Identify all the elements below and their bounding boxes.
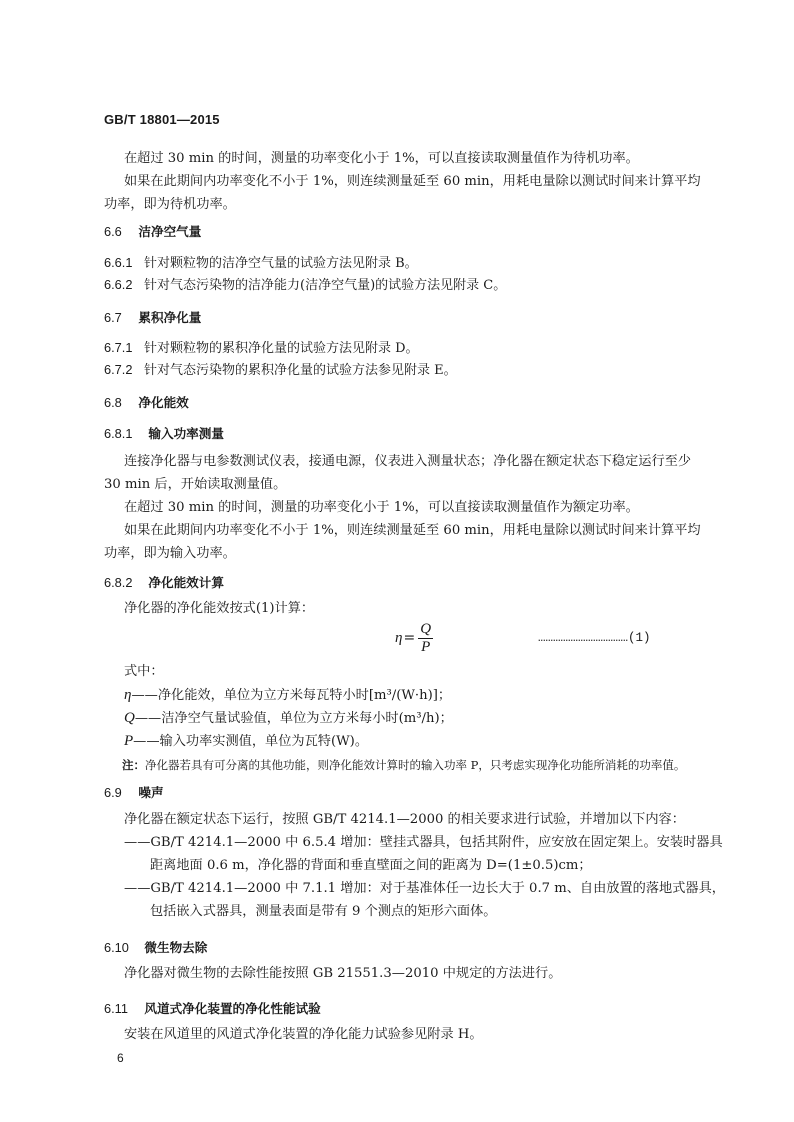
paragraph: 功率，即为待机功率。 <box>104 198 236 211</box>
section-heading-6-9: 6.9 噪声 <box>104 782 164 801</box>
formula-fraction: Q P <box>418 622 433 655</box>
definition-text: ——输入功率实测值，单位为瓦特(W)。 <box>133 734 368 749</box>
clause-6-7-2: 6.7.2针对气态污染物的累积净化量的试验方法参见附录 E。 <box>104 359 457 378</box>
paragraph: 净化器对微生物的去除性能按照 GB 21551.3—2010 中规定的方法进行。 <box>124 967 561 980</box>
formula-intro: 净化器的净化能效按式(1)计算： <box>124 602 314 615</box>
clause-text: 针对颗粒物的累积净化量的试验方法见附录 D。 <box>144 341 419 356</box>
formula-numerator: Q <box>420 622 431 637</box>
definition-text: ——净化能效，单位为立方米每瓦特小时[m³/(W·h)]； <box>131 688 451 703</box>
paragraph: 在超过 30 min 的时间，测量的功率变化小于 1%，可以直接读取测量值作为待… <box>124 152 639 165</box>
paragraph: 30 min 后，开始读取测量值。 <box>104 478 286 491</box>
section-number: 6.11 <box>104 1001 140 1016</box>
equation-number: ………………………………(1) <box>538 631 651 645</box>
section-title: 噪声 <box>138 785 163 800</box>
clause-number: 6.6.2 <box>104 277 144 292</box>
clause-number: 6.6.1 <box>104 255 144 270</box>
formula-denominator: P <box>421 640 430 655</box>
list-item-continued: 包括嵌入式器具，测量表面是带有 9 个测点的矩形六面体。 <box>150 905 496 918</box>
section-number: 6.6 <box>104 224 134 239</box>
list-item: ——GB/T 4214.1—2000 中 6.5.4 增加：壁挂式器具，包括其附… <box>124 836 723 849</box>
clause-text: 针对气态污染物的洁净能力(洁净空气量)的试验方法见附录 C。 <box>144 278 506 293</box>
section-title: 输入功率测量 <box>148 426 224 441</box>
section-heading-6-8-1: 6.8.1 输入功率测量 <box>104 423 224 442</box>
standard-header: GB/T 18801—2015 <box>104 112 220 127</box>
note-text: 净化器若具有可分离的其他功能，则净化能效计算时的输入功率 P，只考虑实现净化功能… <box>145 758 685 772</box>
paragraph: 如果在此期间内功率变化不小于 1%，则连续测量延至 60 min，用耗电量除以测… <box>124 175 701 188</box>
clause-number: 6.7.1 <box>104 340 144 355</box>
section-number: 6.7 <box>104 310 134 325</box>
paragraph: 安装在风道里的风道式净化装置的净化能力试验参见附录 H。 <box>124 1028 483 1041</box>
section-title: 净化能效计算 <box>148 575 224 590</box>
clause-text: 针对颗粒物的洁净空气量的试验方法见附录 B。 <box>144 256 418 271</box>
clause-number: 6.7.2 <box>104 362 144 377</box>
clause-6-6-1: 6.6.1针对颗粒物的洁净空气量的试验方法见附录 B。 <box>104 252 418 271</box>
clause-6-6-2: 6.6.2针对气态污染物的洁净能力(洁净空气量)的试验方法见附录 C。 <box>104 274 506 293</box>
section-heading-6-8: 6.8 净化能效 <box>104 392 189 411</box>
definition-text: ——洁净空气量试验值，单位为立方米每小时(m³/h)； <box>135 711 453 726</box>
symbol: P <box>124 733 133 749</box>
section-title: 微生物去除 <box>144 940 207 955</box>
section-number: 6.8.2 <box>104 575 144 590</box>
definition-q: Q——洁净空气量试验值，单位为立方米每小时(m³/h)； <box>124 711 453 726</box>
paragraph: 如果在此期间内功率变化不小于 1%，则连续测量延至 60 min，用耗电量除以测… <box>124 524 701 537</box>
section-number: 6.9 <box>104 785 134 800</box>
clause-text: 针对气态污染物的累积净化量的试验方法参见附录 E。 <box>144 363 457 378</box>
section-heading-6-7: 6.7 累积净化量 <box>104 307 201 326</box>
definition-p: P——输入功率实测值，单位为瓦特(W)。 <box>124 734 368 749</box>
paragraph: 净化器在额定状态下运行，按照 GB/T 4214.1—2000 的相关要求进行试… <box>124 813 685 826</box>
section-number: 6.8.1 <box>104 426 144 441</box>
section-number: 6.8 <box>104 395 134 410</box>
page-number: 6 <box>117 1051 124 1065</box>
list-item-continued: 距离地面 0.6 m，净化器的背面和垂直壁面之间的距离为 D=(1±0.5)cm… <box>150 859 592 872</box>
section-title: 风道式净化装置的净化性能试验 <box>144 1001 320 1016</box>
paragraph: 在超过 30 min 的时间，测量的功率变化小于 1%，可以直接读取测量值作为额… <box>124 501 639 514</box>
section-heading-6-11: 6.11 风道式净化装置的净化性能试验 <box>104 998 321 1017</box>
list-item: ——GB/T 4214.1—2000 中 7.1.1 增加：对于基准体任一边长大… <box>124 882 725 895</box>
section-heading-6-6: 6.6 洁净空气量 <box>104 221 201 240</box>
formula-equals: = <box>403 630 415 646</box>
where-label: 式中： <box>124 665 164 678</box>
note: 注：净化器若具有可分离的其他功能，则净化能效计算时的输入功率 P，只考虑实现净化… <box>122 757 685 773</box>
symbol: Q <box>124 710 135 726</box>
clause-6-7-1: 6.7.1针对颗粒物的累积净化量的试验方法见附录 D。 <box>104 337 419 356</box>
formula-lhs: η <box>395 630 402 647</box>
section-title: 洁净空气量 <box>138 224 201 239</box>
paragraph: 连接净化器与电参数测试仪表，接通电源，仪表进入测量状态；净化器在额定状态下稳定运… <box>124 455 691 468</box>
section-title: 净化能效 <box>138 395 188 410</box>
paragraph: 功率，即为输入功率。 <box>104 547 236 560</box>
section-heading-6-8-2: 6.8.2 净化能效计算 <box>104 572 224 591</box>
section-number: 6.10 <box>104 940 140 955</box>
formula-1: η = Q P <box>395 620 433 656</box>
document-page: GB/T 18801—2015 在超过 30 min 的时间，测量的功率变化小于… <box>0 0 794 1122</box>
note-label: 注： <box>122 758 145 772</box>
section-title: 累积净化量 <box>138 310 201 325</box>
definition-eta: η——净化能效，单位为立方米每瓦特小时[m³/(W·h)]； <box>124 688 451 703</box>
section-heading-6-10: 6.10 微生物去除 <box>104 937 207 956</box>
